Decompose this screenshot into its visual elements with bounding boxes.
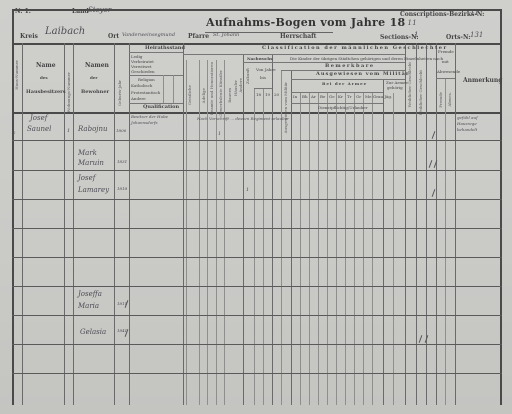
col-line (254, 88, 255, 405)
heiratsstand-row: Geschieden (131, 70, 155, 74)
row-divider (12, 257, 502, 258)
header-fremde-abw: Abwesende (437, 70, 460, 74)
check-mark (432, 131, 436, 139)
col-line (416, 43, 417, 405)
divider (129, 52, 183, 53)
ehemals-note: Die Kinder der übrigen Städtchen gehörig… (290, 57, 443, 61)
header-name-line3: Hausbesitzers (26, 90, 66, 95)
row-divider (12, 140, 502, 141)
col-line (445, 78, 446, 405)
header-fremde-mit: mit (442, 60, 449, 64)
herrschaft-label: Herrschaft (280, 34, 316, 40)
pfarre-label: Pfarre (188, 34, 209, 40)
header-name-line2: des (40, 76, 48, 80)
resident-year: 1806 (116, 128, 126, 133)
owner-firstname: Josef (30, 114, 47, 122)
anmerkung-line3: behandelt (457, 127, 477, 132)
check-mark (432, 189, 436, 197)
kreis-label: Kreis (20, 34, 38, 40)
ort-label: Ort (108, 34, 119, 40)
frame-top (12, 9, 502, 11)
resident-name: Gelasia (80, 328, 106, 336)
row-divider (12, 373, 502, 374)
classification-col: Adelige (201, 88, 206, 103)
divider (183, 54, 405, 55)
col-line (129, 43, 130, 405)
row-divider (12, 170, 502, 171)
anmerkung-line1: gefühl auf (457, 115, 478, 120)
age-col: 18 (256, 93, 261, 97)
header-bewohner-line1: Namen (85, 63, 109, 69)
header-bei-der-armee: Bei der Armee (322, 82, 367, 86)
armee-col: Bh (302, 95, 308, 99)
pfarre-value: St. Johann (213, 32, 239, 38)
col-line (263, 88, 264, 405)
row-divider (12, 344, 502, 345)
col-line (207, 60, 208, 405)
header-bottom-border (12, 112, 502, 114)
header-ausgewiesen-militaer: Ausgewiesen vom Militär (316, 72, 409, 77)
form-title-text: Aufnahms-Bogen vom Jahre 18 (206, 16, 406, 29)
tally-mark: 1 (246, 187, 249, 193)
col-line (455, 43, 456, 405)
sections-label: Sections-N: (380, 35, 419, 41)
divider (291, 92, 383, 93)
owner-surname: Saunel (27, 125, 51, 133)
divider (436, 78, 455, 79)
col-line (272, 55, 273, 405)
armee-col: Me (365, 95, 371, 99)
resident-year: 1818 (117, 186, 127, 191)
header-geburts-jahr: Geburts-Jahr (117, 80, 122, 106)
col-line (183, 43, 184, 405)
header-heiratsstand: Heirathsstand (145, 46, 185, 51)
resident-name: Josef Lamarey (78, 172, 112, 196)
von-jahre-bis: bis (260, 76, 266, 80)
classification-note: Nach Vorschrift ... dessen Regiment urla… (197, 116, 289, 121)
armee-col: In (293, 95, 297, 99)
qualification-line1: Besitzer der Hube (131, 114, 168, 119)
col-line (224, 60, 225, 405)
header-name-line1: Name (36, 63, 56, 69)
header-classification: Classification der männlichen Geschlecht… (262, 46, 448, 51)
kreis-value: Laibach (45, 26, 85, 37)
col-line (199, 60, 200, 405)
col-line (426, 43, 427, 405)
age-col: 20 (274, 93, 279, 97)
col-line (291, 70, 292, 405)
header-frauen: Weiblicher Geschlecht (407, 62, 412, 107)
header-nachwuchs: Nachwuchs (247, 57, 273, 61)
divider (254, 88, 272, 89)
row-divider (12, 228, 502, 229)
orts-value: 131 (470, 31, 483, 39)
resident-name: Joseffa Maria (78, 288, 110, 312)
col-line (114, 43, 115, 405)
classification-col: Gewerbsleute Künstler (218, 70, 223, 117)
col-line (22, 43, 23, 405)
col-line (186, 60, 187, 405)
header-dienstpflichtig: Dienstpflichtig/Urlauber (318, 106, 368, 110)
sections-value: 1 (414, 31, 418, 39)
header-fremde-sub: Fremde (438, 92, 443, 108)
header-qualification: Qualification (143, 105, 179, 110)
row-divider (12, 199, 502, 200)
divider (243, 62, 272, 63)
header-zukunft: Zukunft (245, 68, 250, 84)
header-remarks: Bemerkbare (325, 64, 375, 69)
header-zur-armee-2: gehörig (387, 86, 403, 90)
resident-name: Mark Maruin (78, 148, 110, 168)
header-religion: Religion (138, 78, 155, 82)
classification-col: Andere (238, 78, 243, 93)
header-abwesende-sub: Abwes. (447, 92, 452, 107)
age-col: 19 (265, 93, 270, 97)
col-line (405, 43, 406, 405)
header-anmerkung: Anmerkung (463, 78, 502, 84)
header-wohnungs-nummer: Wohnungs-Nummer (66, 72, 71, 112)
frame-right (500, 9, 502, 405)
col-line (173, 75, 174, 104)
check-mark (419, 335, 423, 343)
col-line (73, 43, 74, 405)
row-divider (12, 315, 502, 316)
armee-col: Gr (356, 95, 361, 99)
col-line (163, 75, 164, 104)
von-jahre: Von Jahre (256, 68, 276, 72)
wohnung-number: 1 (67, 128, 70, 134)
header-bewohner-line3: Bewohner (81, 90, 109, 95)
col-line (383, 80, 384, 405)
orts-label: Orts-N: (446, 35, 471, 41)
ort-value: Vanderweinsegmund (122, 32, 175, 38)
header-ausgewiesen: Ausgewiesen vom Militär (283, 82, 288, 133)
armee-col: Tr (347, 95, 352, 99)
classification-col: Bauern (227, 88, 232, 103)
header-col-small: Weiblicher Geschlecht (418, 70, 423, 115)
divider (291, 103, 383, 104)
col-line (243, 55, 244, 405)
religion-row: Protestantisch (131, 91, 160, 95)
armee-col: Be (320, 95, 325, 99)
header-fremde: Fremde (438, 50, 454, 54)
religion-row: Andere (131, 97, 146, 101)
tally-mark: 1 (218, 131, 221, 137)
col-line (64, 43, 65, 405)
house-number: 2 (13, 130, 16, 135)
header-bewohner-line2: der (90, 76, 97, 80)
armee-col: Ge (329, 95, 335, 99)
year-suffix: 11 (408, 19, 418, 27)
col-line (216, 60, 217, 405)
form-title: Aufnahms-Bogen vom Jahre 1811 (206, 16, 417, 29)
row-divider (12, 286, 502, 287)
divider (129, 75, 183, 76)
qualification-line2: Johannsdorfs (131, 120, 158, 125)
check-mark (429, 160, 433, 168)
armee-col: Ar (311, 95, 316, 99)
classification-col: Geistliche (187, 85, 192, 105)
anmerkung-line2: Hausrege (457, 121, 477, 126)
religion-row: Katholisch (131, 84, 152, 88)
col-line (436, 43, 437, 405)
resident-year: 1831 (117, 159, 127, 164)
classification-col: Beamte und Honoratioren (209, 62, 214, 115)
resident-name: Rabojnu (78, 125, 108, 133)
armee-col: Kr (338, 95, 343, 99)
header-hausnummer: Haus-Nummer (14, 60, 19, 90)
armee-col: Grau.Jäg. (373, 95, 392, 99)
census-form-page: N: 1. Land Steyer Aufnahms-Bogen vom Jah… (0, 0, 512, 414)
